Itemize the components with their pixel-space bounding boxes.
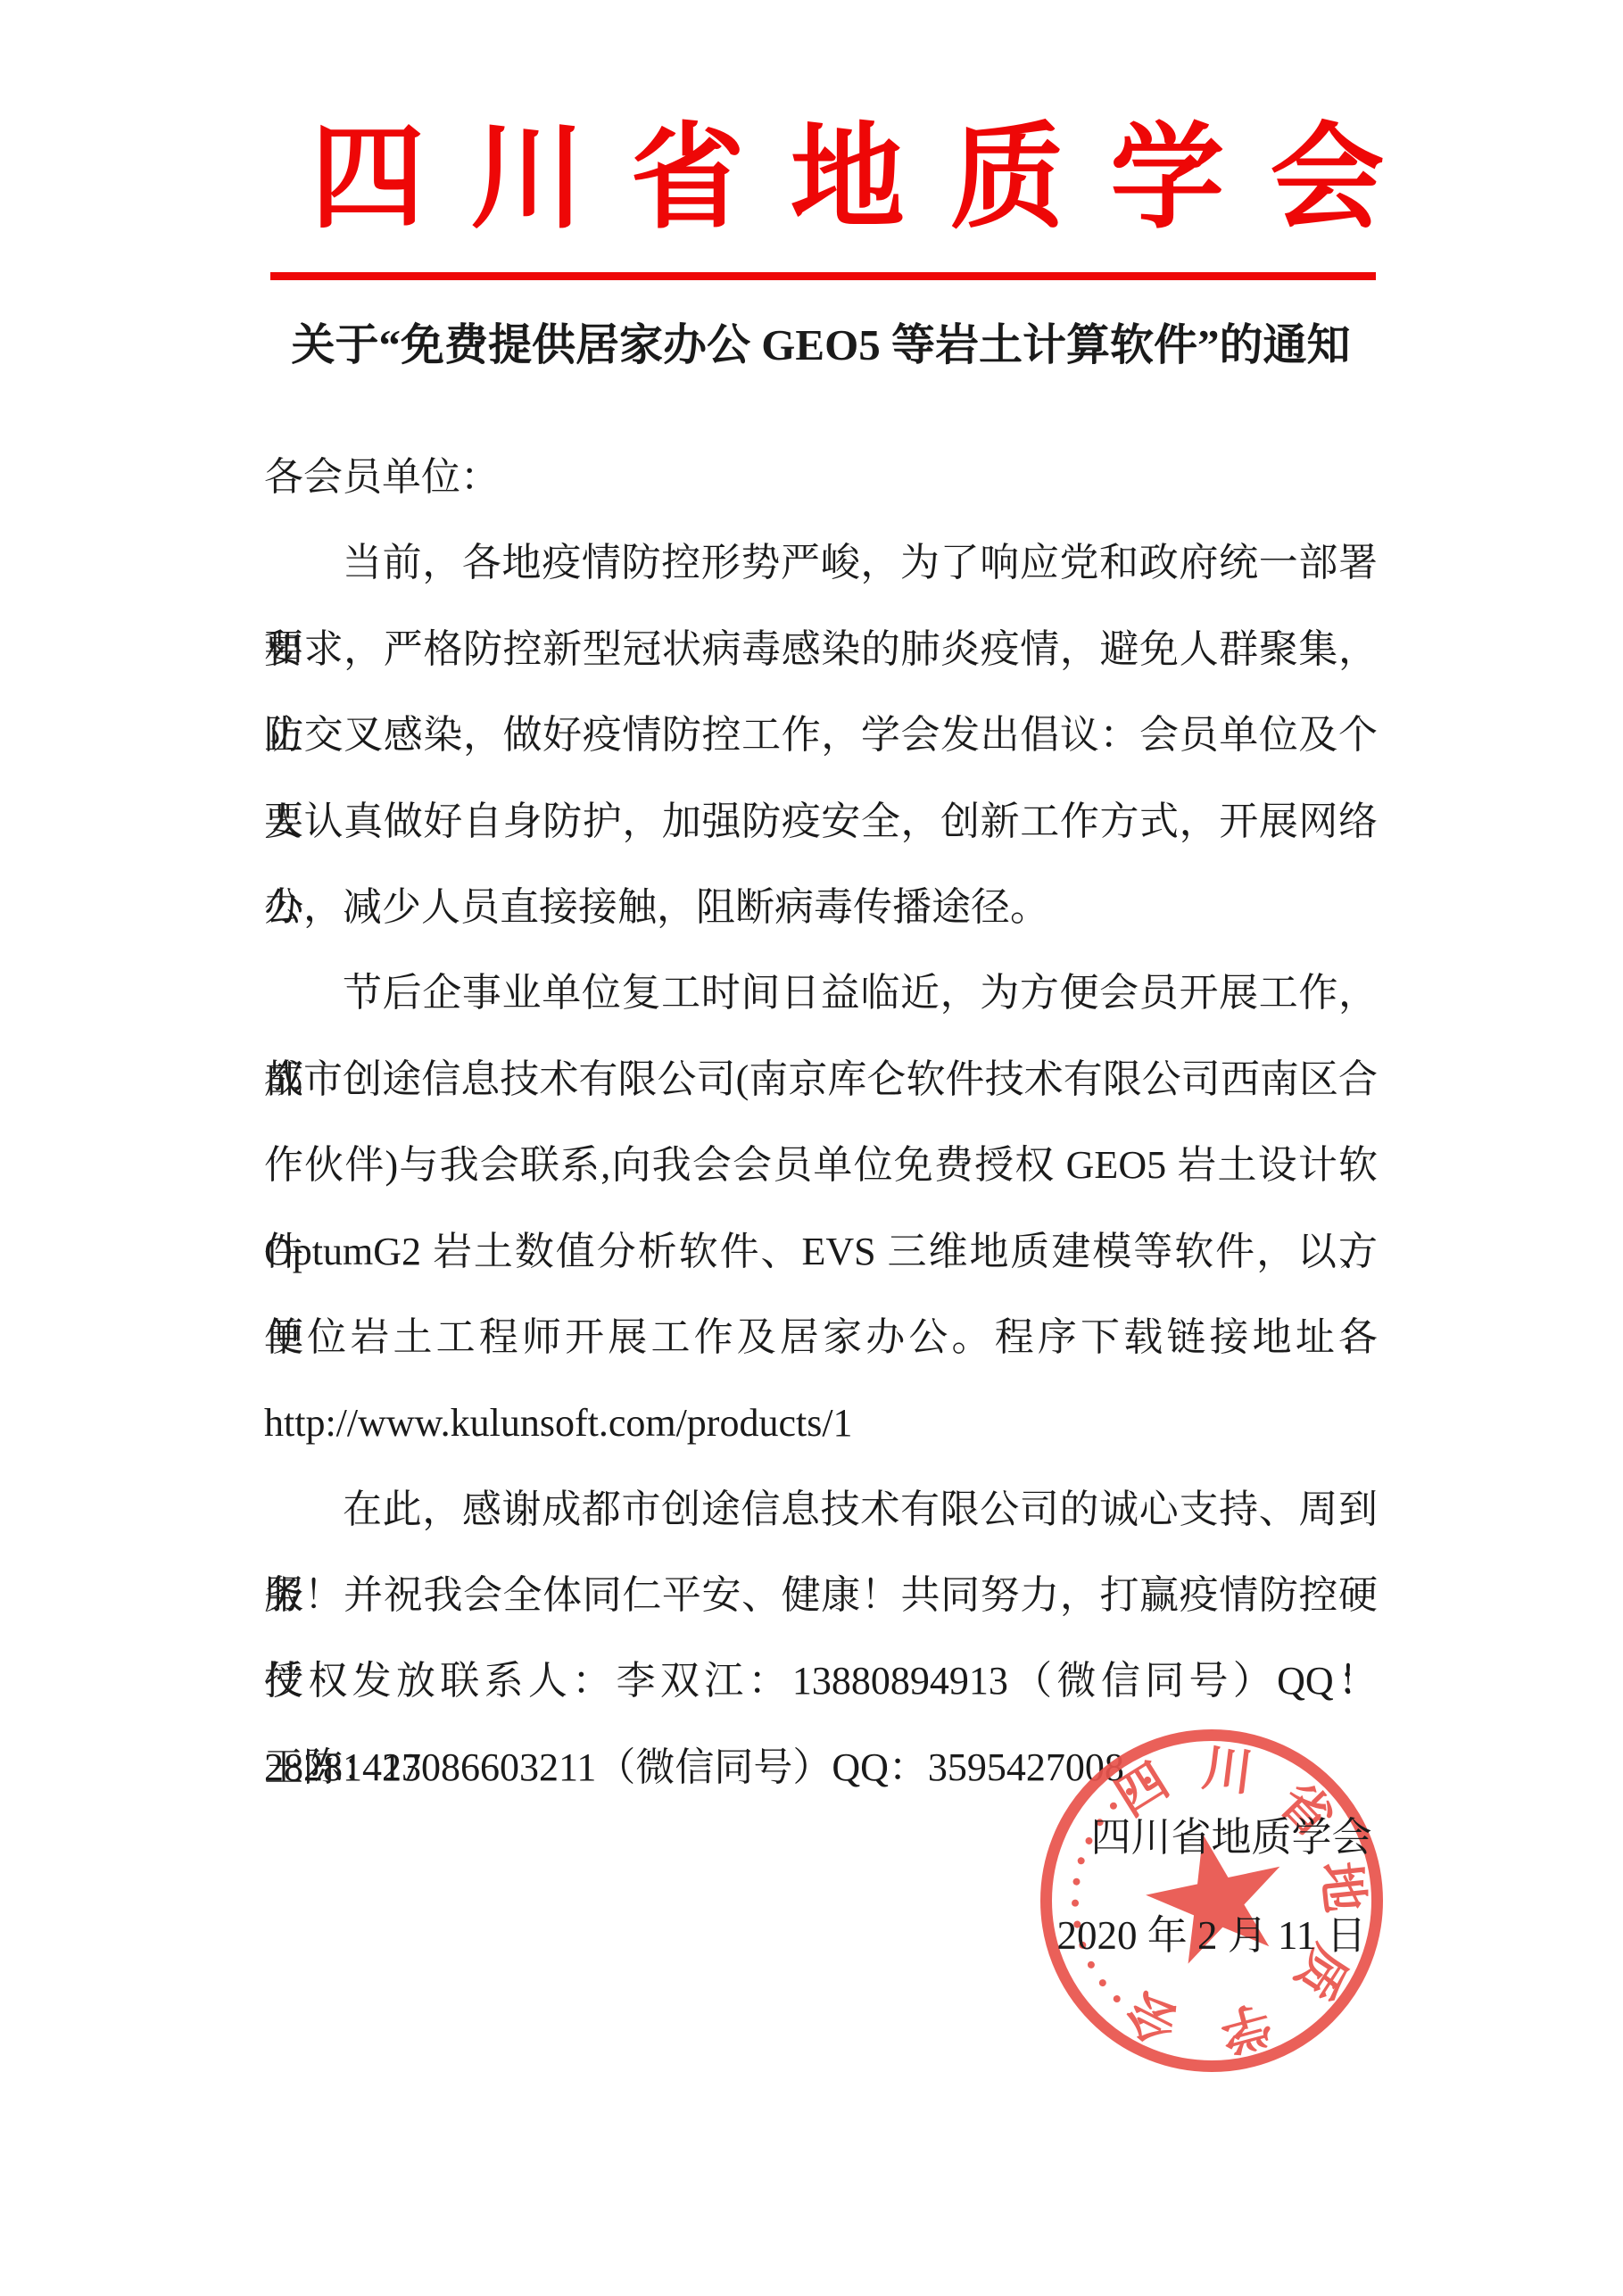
seal-serial-dot: [1112, 1993, 1122, 2003]
notice-title: 关于“免费提供居家办公 GEO5 等岩土计算软件”的通知: [223, 311, 1419, 373]
seal-ring-char: 会: [1118, 1982, 1188, 2051]
notice-body: 各会员单位：当前，各地疫情防控形势严峻，为了响应党和政府统一部署和要求，严格防控…: [264, 435, 1378, 1811]
body-line: 单位岩土工程师开展工作及居家办公。程序下载链接地址：: [264, 1295, 1378, 1380]
organization-title: 四川省地质学会: [265, 86, 1376, 250]
seal-serial-dot: [1086, 1960, 1096, 1969]
masthead-divider: [270, 272, 1376, 280]
body-line: 要认真做好自身防护，加强防疫安全，创新工作方式，开展网络办: [264, 779, 1378, 865]
body-line: 要求，严格防控新型冠状病毒感染的肺炎疫情，避免人群聚集，防: [264, 607, 1378, 692]
body-line: 务！并祝我会全体同仁平安、健康！共同努力，打赢疫情防控硬仗！: [264, 1553, 1378, 1638]
body-line: 止交叉感染，做好疫情防控工作，学会发出倡议：会员单位及个人: [264, 692, 1378, 778]
body-line: 作伙伴)与我会联系,向我会会员单位免费授权 GEO5 岩土设计软件、: [264, 1123, 1378, 1208]
body-line: 公，减少人员直接接触，阻断病毒传播途径。: [264, 865, 1378, 950]
seal-serial-dot: [1072, 1877, 1081, 1886]
body-line: 当前，各地疫情防控形势严峻，为了响应党和政府统一部署和: [264, 520, 1378, 606]
seal-ring-char: 川: [1198, 1743, 1256, 1801]
contact-line: 授权发放联系人：李双江：13880894913（微信同号）QQ：28281427: [264, 1638, 1378, 1724]
salutation: 各会员单位：: [264, 435, 1378, 520]
body-line: OptumG2 岩土数值分析软件、EVS 三维地质建模等软件，以方便各: [264, 1209, 1378, 1295]
notice-document: 四川省地质学会 关于“免费提供居家办公 GEO5 等岩土计算软件”的通知 各会员…: [0, 0, 1623, 2296]
body-line: 节后企事业单位复工时间日益临近，为方便会员开展工作，成: [264, 950, 1378, 1036]
body-line: 都市创途信息技术有限公司(南京库仑软件技术有限公司西南区合: [264, 1037, 1378, 1123]
signature-org-name: 四川省地质学会: [1017, 1804, 1445, 1862]
official-seal: 四川省地质学会: [1040, 1729, 1383, 2072]
body-line: 在此，感谢成都市创途信息技术有限公司的诚心支持、周到服: [264, 1467, 1378, 1553]
download-url: http://www.kulunsoft.com/products/1: [264, 1380, 1378, 1466]
signature-date: 2020 年 2 月 11 日: [998, 1902, 1426, 1960]
seal-serial-dot: [1097, 1977, 1107, 1987]
seal-ring-char: 学: [1213, 1995, 1277, 2059]
